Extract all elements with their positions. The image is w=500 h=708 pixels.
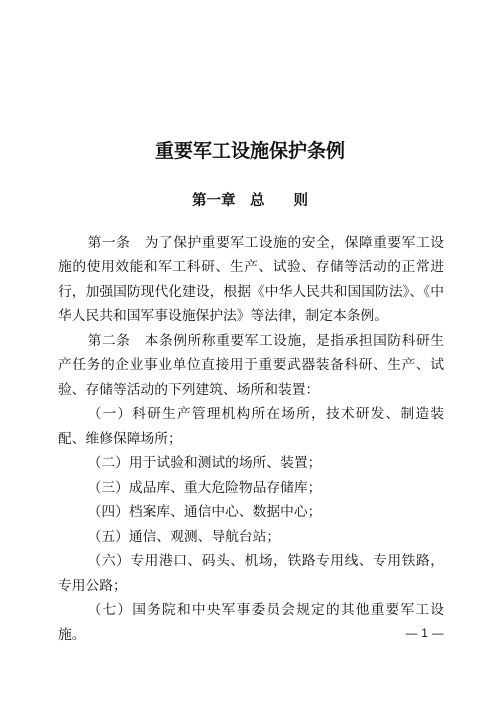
document-title: 重要军工设施保护条例 bbox=[0, 139, 500, 165]
article-2-item-5: （五）通信、观测、导航台站； bbox=[58, 525, 444, 550]
article-2-item-3: （三）成品库、重大危险物品存储库； bbox=[58, 476, 444, 501]
article-2-intro-paragraph: 第二条 本条例所称重要军工设施，是指承担国防科研生产任务的企业事业单位直接用于重… bbox=[58, 329, 444, 403]
chapter-heading: 第一章 总 则 bbox=[0, 191, 500, 212]
document-body: 第一条 为了保护重要军工设施的安全，保障重要军工设施的使用效能和军工科研、生产、… bbox=[58, 231, 444, 648]
article-2-item-4: （四）档案库、通信中心、数据中心； bbox=[58, 500, 444, 525]
page-number: — 1 — bbox=[58, 626, 444, 643]
article-2-item-6: （六）专用港口、码头、机场，铁路专用线、专用铁路，专用公路； bbox=[58, 549, 444, 598]
article-2-item-2: （二）用于试验和测试的场所、装置； bbox=[58, 451, 444, 476]
document-page: 重要军工设施保护条例 第一章 总 则 第一条 为了保护重要军工设施的安全，保障重… bbox=[0, 0, 500, 708]
article-2-item-1: （一）科研生产管理机构所在场所，技术研发、制造装配、维修保障场所； bbox=[58, 402, 444, 451]
article-1-paragraph: 第一条 为了保护重要军工设施的安全，保障重要军工设施的使用效能和军工科研、生产、… bbox=[58, 231, 444, 329]
